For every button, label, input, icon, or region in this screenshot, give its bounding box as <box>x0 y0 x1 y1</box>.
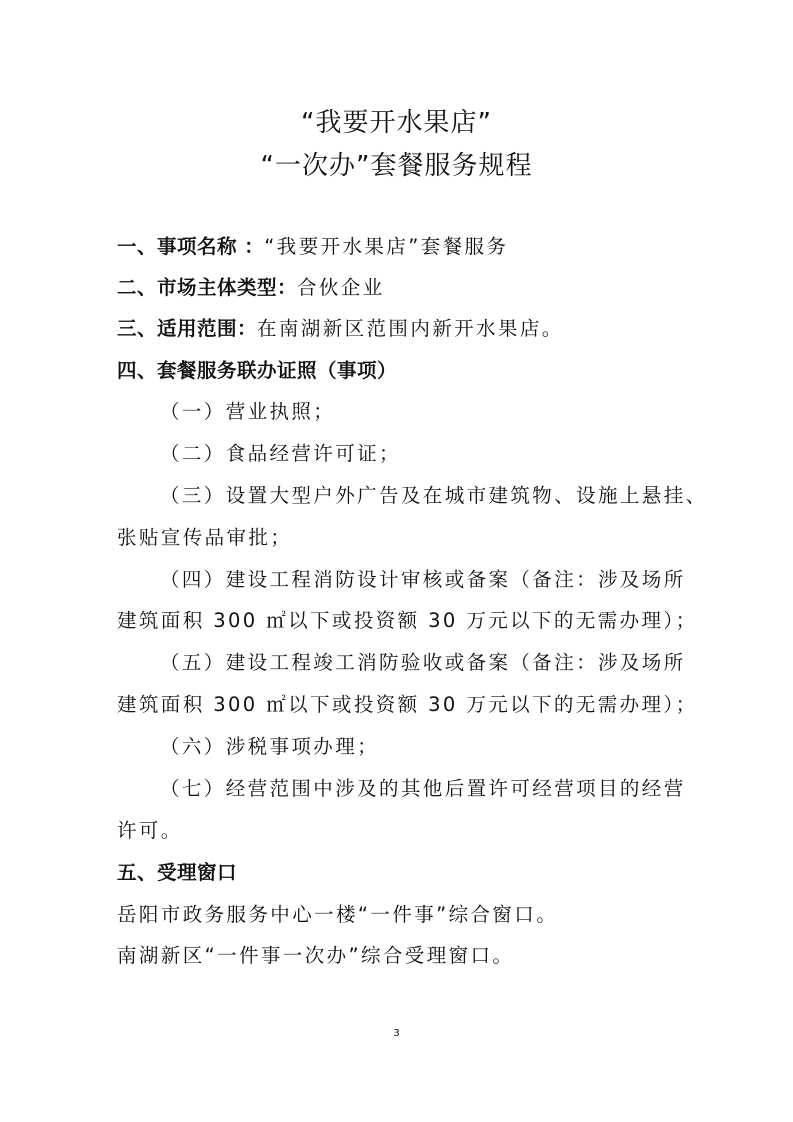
item-2: （二）食品经营许可证； <box>160 438 401 466</box>
item-3-line-2: 张贴宣传品审批； <box>117 522 292 550</box>
page-number: 3 <box>0 1028 793 1039</box>
section-1-text: “我要开水果店”套餐服务 <box>264 235 508 258</box>
section-4-heading: 四、套餐服务联办证照（事项） <box>117 355 397 383</box>
item-4-line-1: （四）建设工程消防设计审核或备案（备注：涉及场所 <box>160 564 686 592</box>
section-2-heading: 二、市场主体类型： <box>117 276 297 299</box>
item-7-line-2: 许可。 <box>117 815 183 843</box>
window-line-1: 岳阳市政务服务中心一楼“一件事”综合窗口。 <box>117 899 558 927</box>
section-3-heading: 三、适用范围： <box>117 317 257 340</box>
item-5-line-2: 建筑面积 300 ㎡以下或投资额 30 万元以下的无需办理）； <box>117 689 697 717</box>
item-7-line-1: （七）经营范围中涉及的其他后置许可经营项目的经营 <box>160 773 686 801</box>
title-line-2: “一次办”套餐服务规程 <box>0 145 793 182</box>
section-2: 二、市场主体类型：合伙企业 <box>117 272 385 300</box>
item-6: （六）涉税事项办理； <box>160 731 379 759</box>
title-line-1: “我要开水果店” <box>0 102 793 139</box>
section-1: 一、事项名称 ：“我要开水果店”套餐服务 <box>117 231 508 259</box>
section-3-text: 在南湖新区范围内新开水果店。 <box>257 317 564 340</box>
item-3-line-1: （三）设置大型户外广告及在城市建筑物、设施上悬挂、 <box>160 480 708 508</box>
section-3: 三、适用范围：在南湖新区范围内新开水果店。 <box>117 313 564 341</box>
window-line-2: 南湖新区“一件事一次办”综合受理窗口。 <box>117 940 514 968</box>
section-5-heading: 五、受理窗口 <box>117 857 237 885</box>
section-1-heading: 一、事项名称 ： <box>117 235 264 258</box>
item-1: （一）营业执照； <box>160 396 335 424</box>
section-2-text: 合伙企业 <box>297 276 385 299</box>
item-5-line-1: （五）建设工程竣工消防验收或备案（备注：涉及场所 <box>160 647 686 675</box>
item-4-line-2: 建筑面积 300 ㎡以下或投资额 30 万元以下的无需办理）； <box>117 605 697 633</box>
